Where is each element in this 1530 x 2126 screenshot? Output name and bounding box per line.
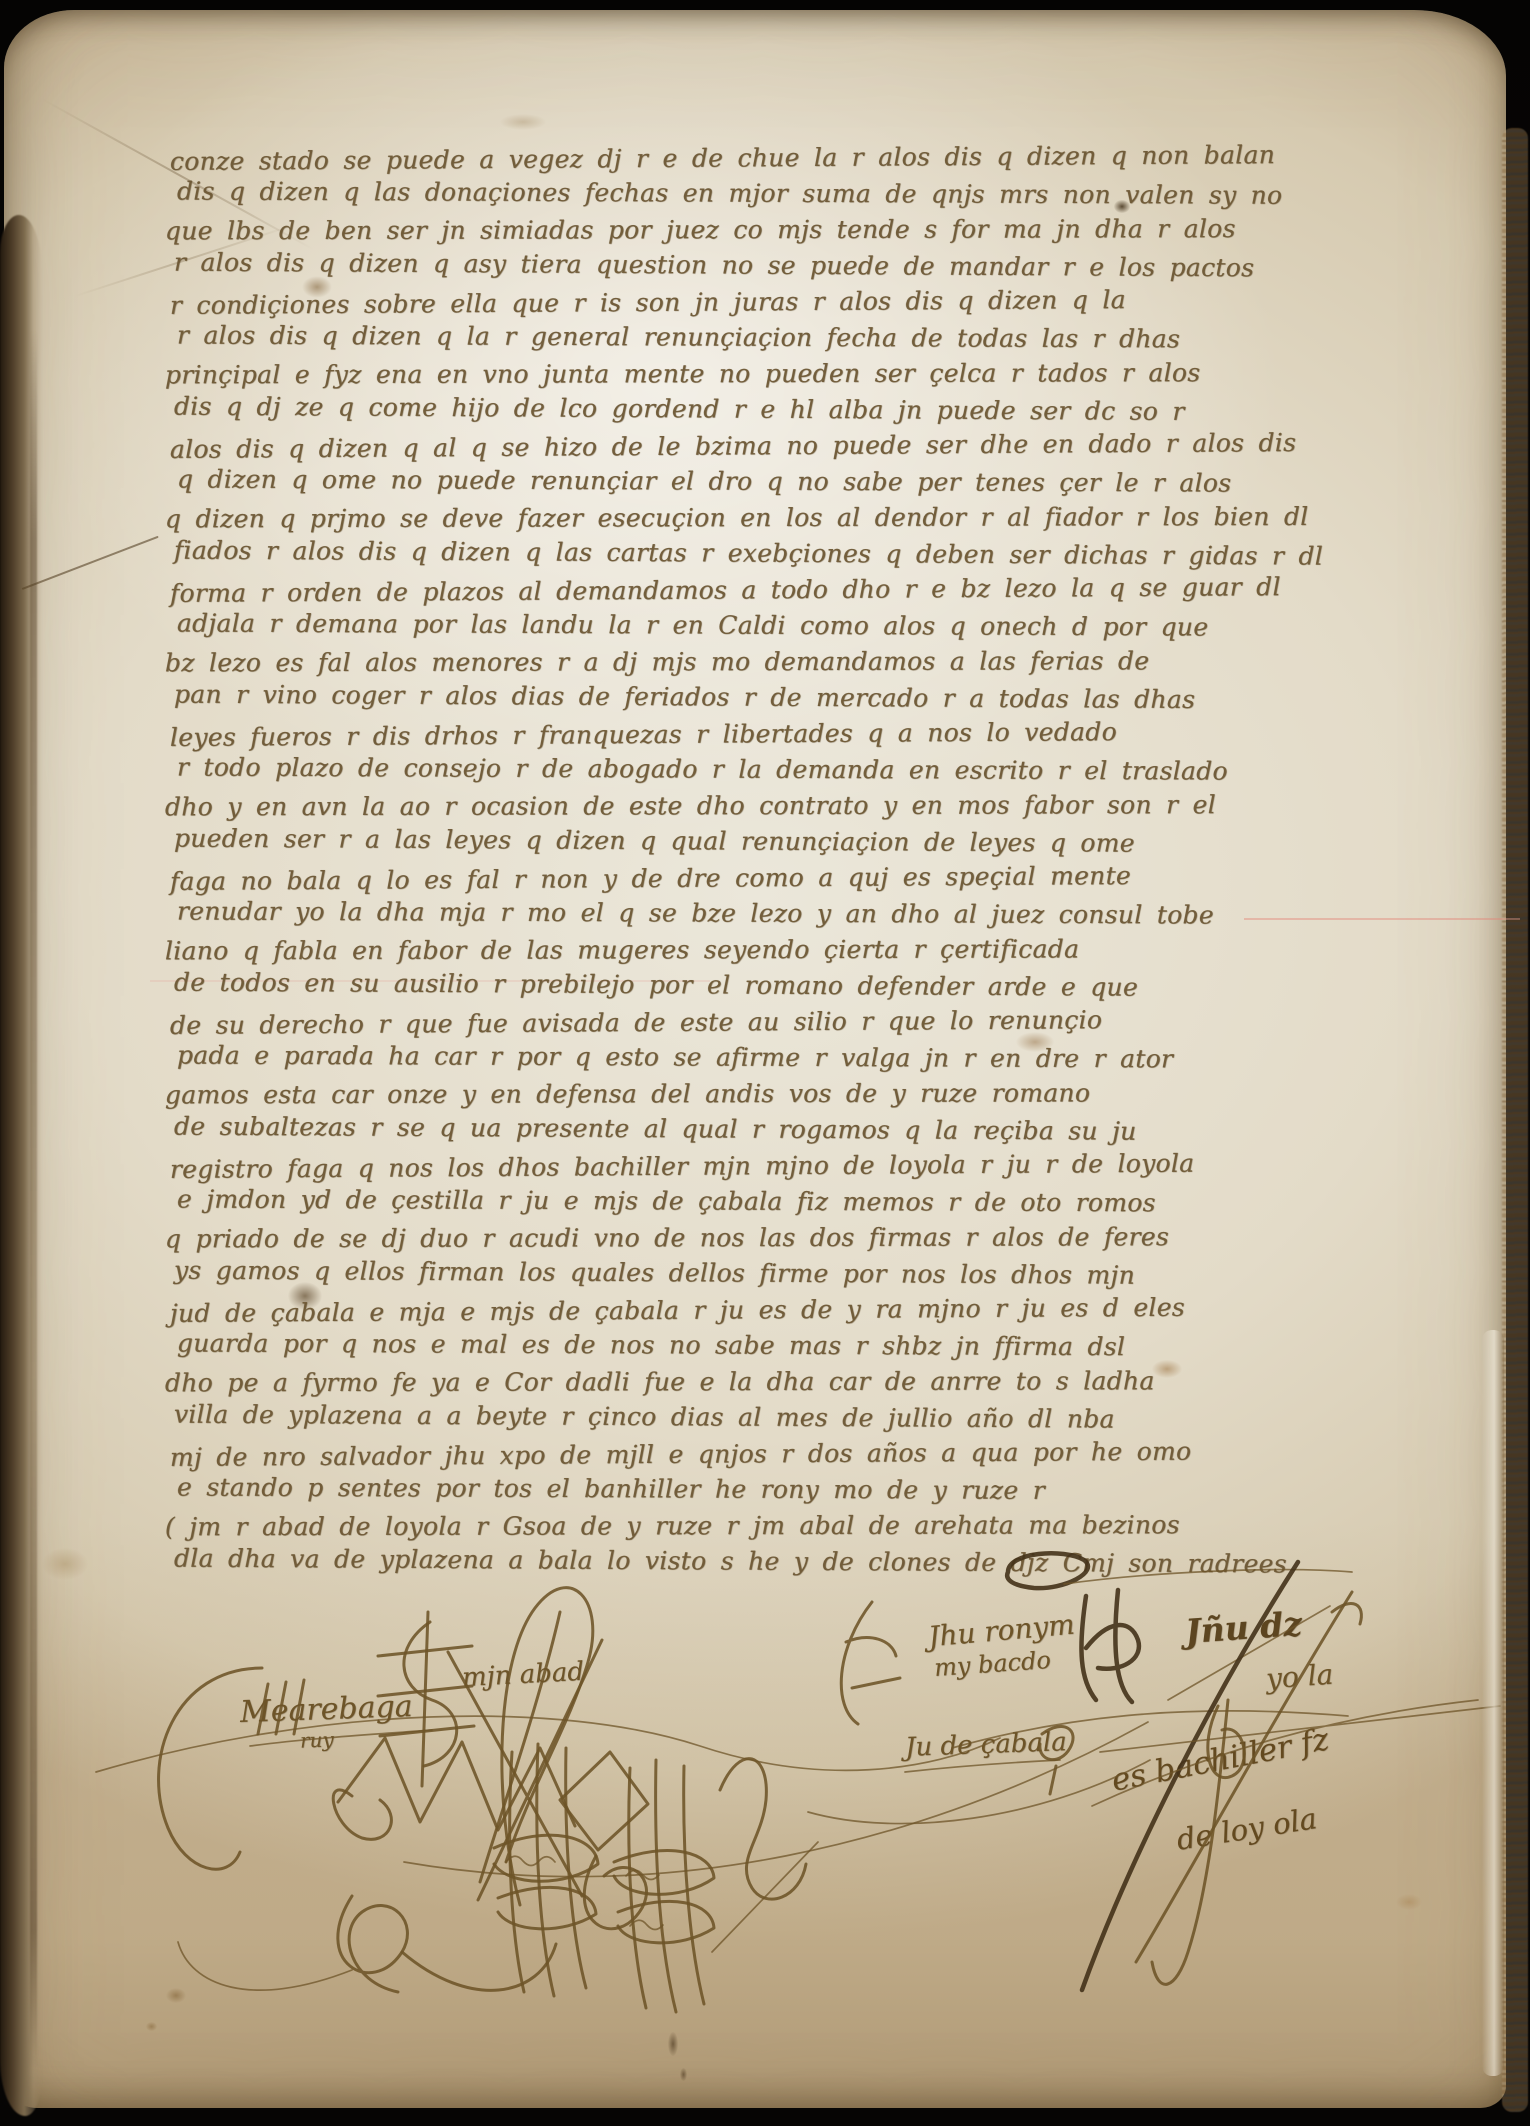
manuscript-line: dho y en avn la ao r ocasion de este dho…: [165, 787, 1458, 826]
signature-loyola-dz-sub: yo la: [1265, 1658, 1334, 1696]
manuscript-text-block: conze stado se puede a vegez dj r e de c…: [168, 140, 1458, 1580]
manuscript-line: liano q fabla en fabor de las mugeres se…: [165, 931, 1458, 970]
manuscript-line: dho pe a fyrmo fe ya e Cor dadli fue e l…: [165, 1363, 1458, 1402]
manuscript-line: q dizen q prjmo se deve fazer esecuçion …: [165, 499, 1458, 538]
book-fore-edge: [1502, 128, 1528, 2112]
page-curl-highlight: [1482, 1330, 1504, 2076]
manuscript-line: ( jm r abad de loyola r Gsoa de y ruze r…: [165, 1507, 1458, 1546]
signature-zabala: Ju de çabala: [905, 1727, 1068, 1763]
manuscript-line: e stando p sentes por tos el banhiller h…: [177, 1470, 1458, 1511]
manuscript-line: dis q dizen q las donaçiones fechas en m…: [177, 174, 1458, 215]
manuscript-line: q priado de se dj duo r acudi vno de nos…: [165, 1219, 1458, 1258]
manuscript-line: bz lezo es fal alos menores r a dj mjs m…: [165, 643, 1458, 682]
signature-loyola-dz: Jñu dz: [1184, 1604, 1303, 1651]
manuscript-line: r alos dis q dizen q la r general renunç…: [177, 318, 1458, 359]
signature-mearebaga: Mearebaga: [239, 1689, 413, 1730]
signature-mearebaga-sub: ruy: [300, 1727, 335, 1752]
manuscript-line: prinçipal e fyz ena en vno junta mente n…: [165, 355, 1458, 394]
manuscript-line: que lbs de ben ser jn simiadas por juez …: [165, 211, 1458, 250]
binding-deckle-line: [30, 330, 37, 2068]
manuscript-line: pada e parada ha car r por q esto se afi…: [177, 1038, 1458, 1079]
manuscript-line: r todo plazo de consejo r de abogado r l…: [177, 750, 1458, 791]
manuscript-line: q dizen q ome no puede renunçiar el dro …: [177, 462, 1458, 503]
manuscript-line: adjala r demana por las landu la r en Ca…: [177, 606, 1458, 647]
document-scan: conze stado se puede a vegez dj r e de c…: [0, 0, 1530, 2126]
manuscript-line: dla dha va de yplazena a bala lo visto s…: [174, 1541, 1458, 1584]
manuscript-line: renudar yo la dha mja r mo el q se bze l…: [177, 894, 1458, 935]
signature-abad: mjn abad: [461, 1657, 584, 1693]
manuscript-line: gamos esta car onze y en defensa del and…: [165, 1075, 1458, 1114]
manuscript-line: e jmdon yd de çestilla r ju e mjs de çab…: [177, 1182, 1458, 1223]
manuscript-line: guarda por q nos e mal es de nos no sabe…: [177, 1326, 1458, 1367]
